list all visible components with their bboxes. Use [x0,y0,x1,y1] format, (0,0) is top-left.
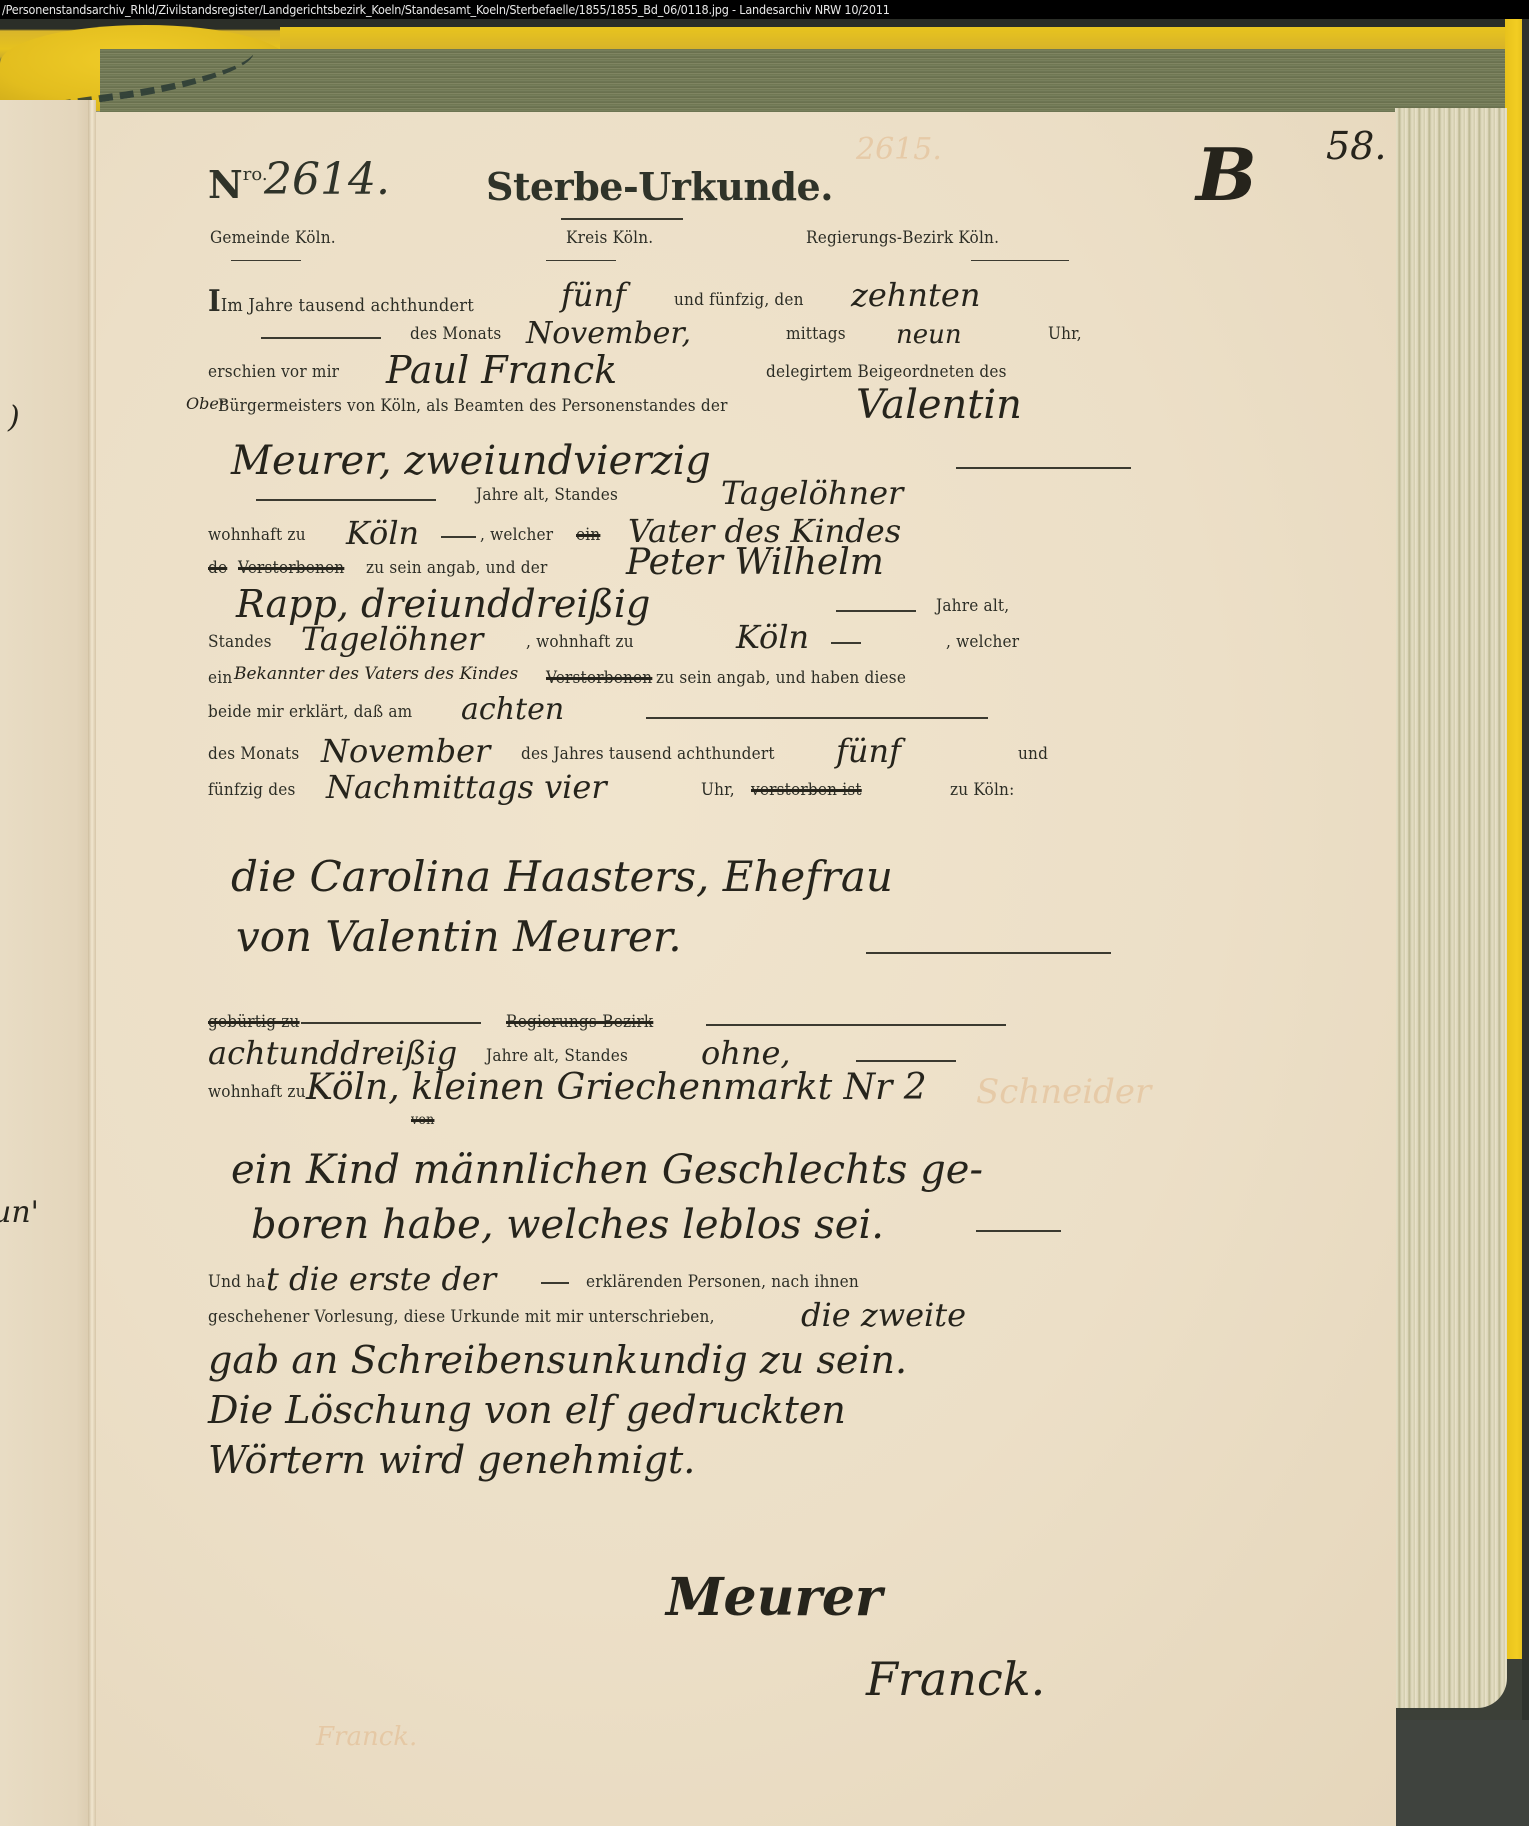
print-text: ein [208,668,232,688]
book-binding-top [0,19,1529,119]
left-page-mark: ) [8,400,20,435]
archive-caption: /Personenstandsarchiv_Rhld/Zivilstandsre… [0,0,1529,19]
handwritten-entry: gab an Schreibensunkundig zu sein. [208,1338,907,1382]
print-text: des Monats [208,744,299,764]
print-text: und fünfzig, den [674,290,804,310]
rule [831,642,861,644]
certificate-page: 2615. Franck. Schneider 58. B Nro. 2614.… [96,112,1396,1826]
print-text: wohnhaft zu [208,525,306,545]
handwritten-entry: neun [896,320,962,350]
handwritten-entry: November [321,732,490,770]
struck-text: Verstorbenen [546,668,652,688]
struck-text: Regierungs-Bezirk [506,1012,653,1032]
print-text: Jahre alt, Standes [486,1046,628,1066]
rule [256,499,436,501]
print-text: Jahre alt, [936,596,1009,616]
deceased-address: Köln, kleinen Griechenmarkt Nr 2 [306,1067,927,1108]
rule [541,1282,569,1284]
handwritten-entry: Tagelöhner [301,620,483,658]
print-text: zu sein angab, und haben diese [656,668,906,688]
handwritten-entry: t die erste der [266,1260,496,1298]
print-text: Und ha [208,1272,266,1292]
page-gutter [88,100,96,1826]
handwritten-entry: achten [461,692,564,727]
kreis: Kreis Köln. [566,228,653,248]
page-edges-right [1395,108,1507,1708]
rule [646,717,988,719]
print-text: zu Köln: [950,780,1014,800]
rule [301,1022,481,1024]
handwritten-entry: Paul Franck [386,348,617,392]
marginal-mark: B [1196,132,1257,217]
rule [971,260,1069,261]
handwritten-entry: zehnten [851,276,980,314]
rule [836,610,916,612]
print-text: des Monats [410,324,501,344]
print-text: des Jahres tausend achthundert [521,744,775,764]
handwritten-entry: fünf [561,276,626,314]
print-text: zu sein angab, und der [366,558,548,578]
struck-text: de [208,558,227,578]
print-text: erklärenden Personen, nach ihnen [586,1272,859,1292]
rule [546,260,616,261]
bleed-through: 2615. [856,132,942,167]
gemeinde: Gemeinde Köln. [210,228,336,248]
print-text: mittags [786,324,846,344]
print-text: Uhr, [1048,324,1082,344]
handwritten-entry: die zweite [801,1296,966,1334]
deceased-spouse: von Valentin Meurer. [236,912,682,961]
handwritten-entry: Tagelöhner [721,474,903,512]
rule [956,467,1131,469]
handwritten-entry: Nachmittags vier [326,768,607,806]
print-text: , welcher [480,525,553,545]
print-text: beide mir erklärt, daß am [208,702,412,722]
print-text: Bürgermeisters von Köln, als Beamten des… [218,396,728,416]
signature-declarant: Meurer [666,1567,882,1628]
print-text: geschehener Vorlesung, diese Urkunde mit… [208,1307,715,1327]
print-text: erschien vor mir [208,362,339,382]
page-number: 58. [1326,124,1386,168]
rule [261,337,381,339]
struck-text: Verstorbenen [238,558,344,578]
bleed-through: Schneider [976,1072,1151,1112]
form-text: IIm Jahre tausend achthundert [208,284,474,319]
handwritten-entry: Bekannter des Vaters des Kindes [234,664,518,684]
rule [856,1060,956,1062]
initial-letter: I [208,284,221,319]
signature-official: Franck. [866,1652,1045,1706]
left-page-fragment: un' [0,1195,39,1230]
print-text: und [1018,744,1048,764]
handwritten-entry: boren habe, welches leblos sei. [251,1202,884,1248]
rule [231,260,301,261]
scan-background-right [1522,19,1529,1826]
title-rule [561,218,683,220]
handwritten-entry: Köln [736,618,809,656]
print-text: , wohnhaft zu [526,632,634,652]
regierungsbezirk: Regierungs-Bezirk Köln. [806,228,999,248]
document-title: Sterbe-Urkunde. [486,164,833,209]
rule [866,952,1111,954]
certificate-number: 2614. [264,154,390,205]
handwritten-entry: Meurer, zweiundvierzig [231,438,711,484]
bleed-through: Franck. [316,1722,417,1752]
rule [976,1230,1061,1232]
handwritten-entry: November, [526,316,691,351]
print-text: Uhr, [701,780,735,800]
handwritten-entry: Peter Wilhelm [626,542,884,583]
struck-text: verstorben ist [751,780,862,800]
handwritten-entry: Die Löschung von elf gedruckten [208,1388,846,1432]
print-text: Jahre alt, Standes [476,485,618,505]
rule [441,536,476,538]
struck-text: von [411,1112,434,1128]
deceased-name: die Carolina Haasters, Ehefrau [231,852,893,901]
number-label: Nro. [208,162,268,207]
rule [706,1024,1006,1026]
handwritten-entry: fünf [836,732,901,770]
handwritten-entry: Köln [346,514,419,552]
page-edges-top [100,49,1529,119]
left-page: ) un' [0,100,95,1826]
struck-text: gebürtig zu [208,1012,300,1032]
print-text: delegirtem Beigeordneten des [766,362,1007,382]
struck-text: ein [576,525,600,545]
print-text: , welcher [946,632,1019,652]
handwritten-entry: Wörtern wird genehmigt. [208,1438,695,1482]
handwritten-entry: ein Kind männlichen Geschlechts ge- [231,1147,983,1193]
cover-strip [280,27,1529,51]
handwritten-entry: Valentin [856,382,1022,428]
print-text: wohnhaft zu [208,1082,306,1102]
print-text: Standes [208,632,272,652]
print-text: fünfzig des [208,780,296,800]
print-text: Im Jahre tausend achthundert [221,295,474,316]
